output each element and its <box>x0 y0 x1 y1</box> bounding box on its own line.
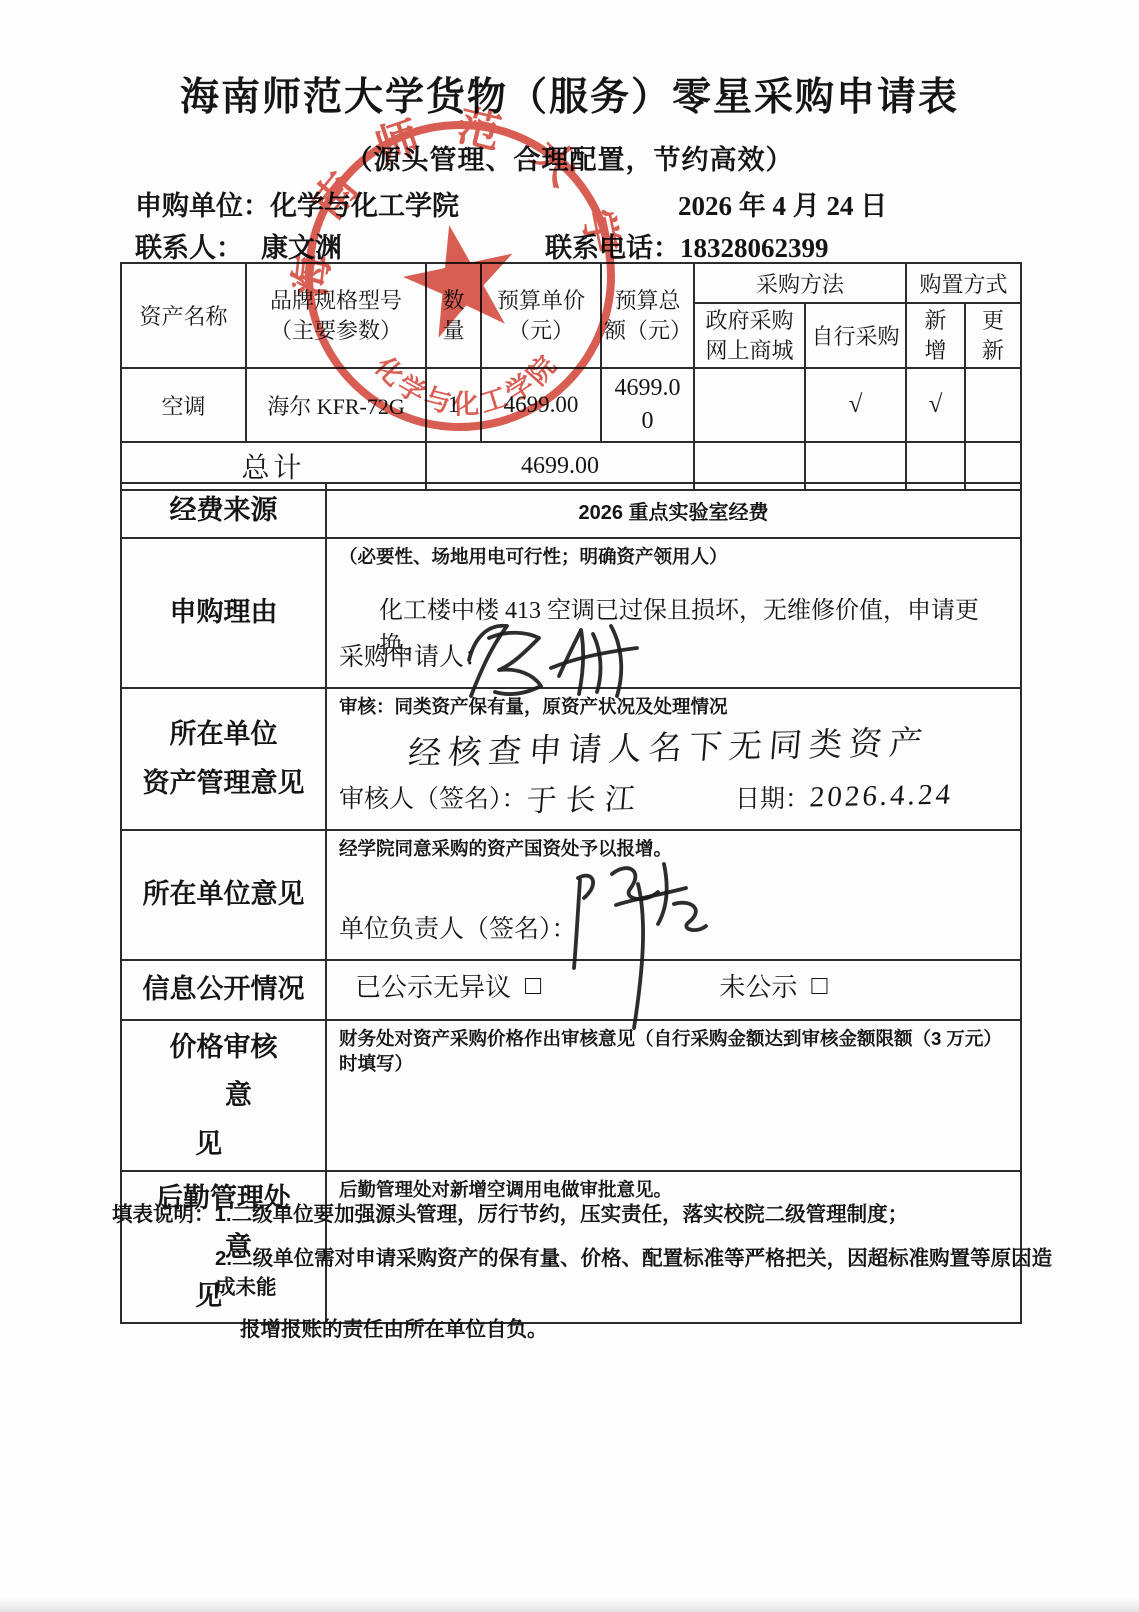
form-date: 2026 年 4 月 24 日 <box>678 184 887 223</box>
contact-value: 康文渊 <box>261 233 342 263</box>
update-line1: 更 <box>968 306 1018 336</box>
total-price-line2: 额（元） <box>604 316 691 346</box>
review-date-value: 2026.4.24 <box>808 779 954 815</box>
phone-value: 18328062399 <box>680 233 829 263</box>
unpublished-checkbox: □ <box>811 970 827 1001</box>
item-gov-mall-cell <box>694 368 805 442</box>
col-header-procurement-method: 采购方法 <box>694 263 906 303</box>
price-review-row: 价格审核 意见 财务处对资产采购价格作出审核意见（自行采购金额达到审核金额限额（… <box>121 1020 1021 1172</box>
contact-label: 联系人： <box>135 233 243 263</box>
disclosure-row: 信息公开情况 已公示无异议 □ 未公示 □ <box>121 960 1021 1020</box>
applicant-unit: 申购单位：化学与化工学院 <box>135 184 459 223</box>
opinion-sections-table: 经费来源 2026 重点实验室经费 申购理由 （必要性、场地用电可行性；明确资产… <box>120 482 1022 1324</box>
notes-item2-cont: 报增报账的责任由所在单位自负。 <box>112 1315 1072 1345</box>
applicant-sign-label: 采购申请人： <box>339 637 489 673</box>
update-line2: 新 <box>968 336 1018 366</box>
asset-mgmt-hint: 审核：同类资产保有量，原资产状况及处理情况 <box>339 695 1008 720</box>
reason-cell: （必要性、场地用电可行性；明确资产领用人） 化工楼中楼 413 空调已过保且损坏… <box>326 538 1021 688</box>
published-checkbox: □ <box>525 970 541 1001</box>
col-header-unit-price: 预算单价 （元） <box>481 263 601 368</box>
unit-opinion-cell: 经学院同意采购的资产国资处予以报增。 单位负责人（签名）： <box>326 830 1021 960</box>
funding-value: 2026 重点实验室经费 <box>326 483 1021 538</box>
new-add-line2: 增 <box>909 336 962 366</box>
funding-row: 经费来源 2026 重点实验室经费 <box>121 483 1021 538</box>
disclosure-label: 信息公开情况 <box>121 960 326 1020</box>
asset-mgmt-label-line2: 资产管理意见 <box>124 759 323 808</box>
item-brand: 海尔 KFR-72G <box>246 368 426 442</box>
price-review-hint: 财务处对资产采购价格作出审核意见（自行采购金额达到审核金额限额（3 万元）时填写… <box>339 1027 1008 1077</box>
col-header-total-price: 预算总 额（元） <box>601 263 694 368</box>
gov-mall-line2: 网上商城 <box>697 336 802 366</box>
col-header-gov-mall: 政府采购 网上商城 <box>694 303 805 368</box>
doc-subtitle: （源头管理、合理配置，节约高效） <box>0 138 1139 177</box>
col-header-update: 更 新 <box>965 303 1021 368</box>
reviewer-signature: 于长江 <box>525 773 646 819</box>
item-update-cell <box>965 368 1021 442</box>
item-asset-name: 空调 <box>121 368 246 442</box>
scanned-procurement-form: 海南师范大学货物（服务）零星采购申请表 （源头管理、合理配置，节约高效） 申购单… <box>0 0 1139 1612</box>
unit-opinion-label: 所在单位意见 <box>121 830 326 960</box>
reason-label: 申购理由 <box>121 538 326 688</box>
price-review-label-line2: 意见 <box>154 1071 323 1168</box>
asset-mgmt-handwriting: 经核查申请人名下无同类资产 <box>407 716 932 774</box>
total-price-line1: 预算总 <box>604 286 691 316</box>
form-notes: 填表说明：1.二级单位要加强源头管理，厉行节约，压实责任，落实校院二级管理制度；… <box>112 1200 1072 1345</box>
review-date-label: 日期： <box>735 779 810 815</box>
brand-spec-line1: 品牌规格型号 <box>249 286 423 316</box>
quantity-line2: 量 <box>429 316 478 346</box>
item-new-add-check: √ <box>906 368 965 442</box>
item-total-price: 4699.00 <box>601 368 694 442</box>
doc-title: 海南师范大学货物（服务）零星采购申请表 <box>0 66 1139 122</box>
quantity-line1: 数 <box>429 286 478 316</box>
unit-price-line2: （元） <box>484 316 598 346</box>
item-unit-price: 4699.00 <box>481 368 601 442</box>
scan-edge-shadow <box>0 1598 1139 1612</box>
reason-hint: （必要性、场地用电可行性；明确资产领用人） <box>339 545 1008 570</box>
contact-phone: 联系电话：18328062399 <box>545 226 829 265</box>
procurement-table: 资产名称 品牌规格型号 （主要参数） 数 量 预算单价 （元） 预算总 额（元）… <box>120 262 1022 491</box>
applicant-unit-value: 化学与化工学院 <box>270 191 459 221</box>
asset-mgmt-label: 所在单位 资产管理意见 <box>121 688 326 830</box>
item-quantity: 1 <box>426 368 481 442</box>
col-header-quantity: 数 量 <box>426 263 481 368</box>
asset-mgmt-label-line1: 所在单位 <box>124 710 323 759</box>
brand-spec-line2: （主要参数） <box>249 316 423 346</box>
col-header-brand-spec: 品牌规格型号 （主要参数） <box>246 263 426 368</box>
new-add-line1: 新 <box>909 306 962 336</box>
reason-row: 申购理由 （必要性、场地用电可行性；明确资产领用人） 化工楼中楼 413 空调已… <box>121 538 1021 688</box>
asset-mgmt-row: 所在单位 资产管理意见 审核：同类资产保有量，原资产状况及处理情况 经核查申请人… <box>121 688 1021 830</box>
col-header-purchase-type: 购置方式 <box>906 263 1021 303</box>
applicant-unit-label: 申购单位： <box>135 191 270 221</box>
unit-price-line1: 预算单价 <box>484 286 598 316</box>
price-review-cell: 财务处对资产采购价格作出审核意见（自行采购金额达到审核金额限额（3 万元）时填写… <box>326 1020 1021 1172</box>
col-header-asset-name: 资产名称 <box>121 263 246 368</box>
gov-mall-line1: 政府采购 <box>697 306 802 336</box>
unit-head-sign-label: 单位负责人（签名）： <box>339 909 577 945</box>
unit-opinion-row: 所在单位意见 经学院同意采购的资产国资处予以报增。 单位负责人（签名）： <box>121 830 1021 960</box>
asset-mgmt-cell: 审核：同类资产保有量，原资产状况及处理情况 经核查申请人名下无同类资产 审核人（… <box>326 688 1021 830</box>
notes-prefix: 填表说明： <box>112 1203 215 1226</box>
price-review-label-line1: 价格审核 <box>124 1023 323 1072</box>
item-self-procure-check: √ <box>805 368 906 442</box>
notes-item1: 1.二级单位要加强源头管理，厉行节约，压实责任，落实校院二级管理制度； <box>215 1203 909 1226</box>
disclosure-cell: 已公示无异议 □ 未公示 □ <box>326 960 1021 1020</box>
item-total-price-value: 4699.00 <box>612 372 684 439</box>
disclosure-option-published: 已公示无异议 <box>355 967 511 1004</box>
item-row: 空调 海尔 KFR-72G 1 4699.00 4699.00 √ √ <box>121 368 1021 442</box>
price-review-label: 价格审核 意见 <box>121 1020 326 1172</box>
unit-opinion-body: 经学院同意采购的资产国资处予以报增。 <box>339 837 1008 862</box>
notes-item2: 2.二级单位需对申请采购资产的保有量、价格、配置标准等严格把关，因超标准购置等原… <box>112 1244 1072 1303</box>
disclosure-option-unpublished: 未公示 <box>719 967 797 1004</box>
col-header-new-add: 新 增 <box>906 303 965 368</box>
funding-label: 经费来源 <box>121 483 326 538</box>
phone-label: 联系电话： <box>545 233 680 263</box>
col-header-self-procure: 自行采购 <box>805 303 906 368</box>
reviewer-sign-label: 审核人（签名）： <box>339 779 527 815</box>
contact-person: 联系人：康文渊 <box>135 226 342 265</box>
